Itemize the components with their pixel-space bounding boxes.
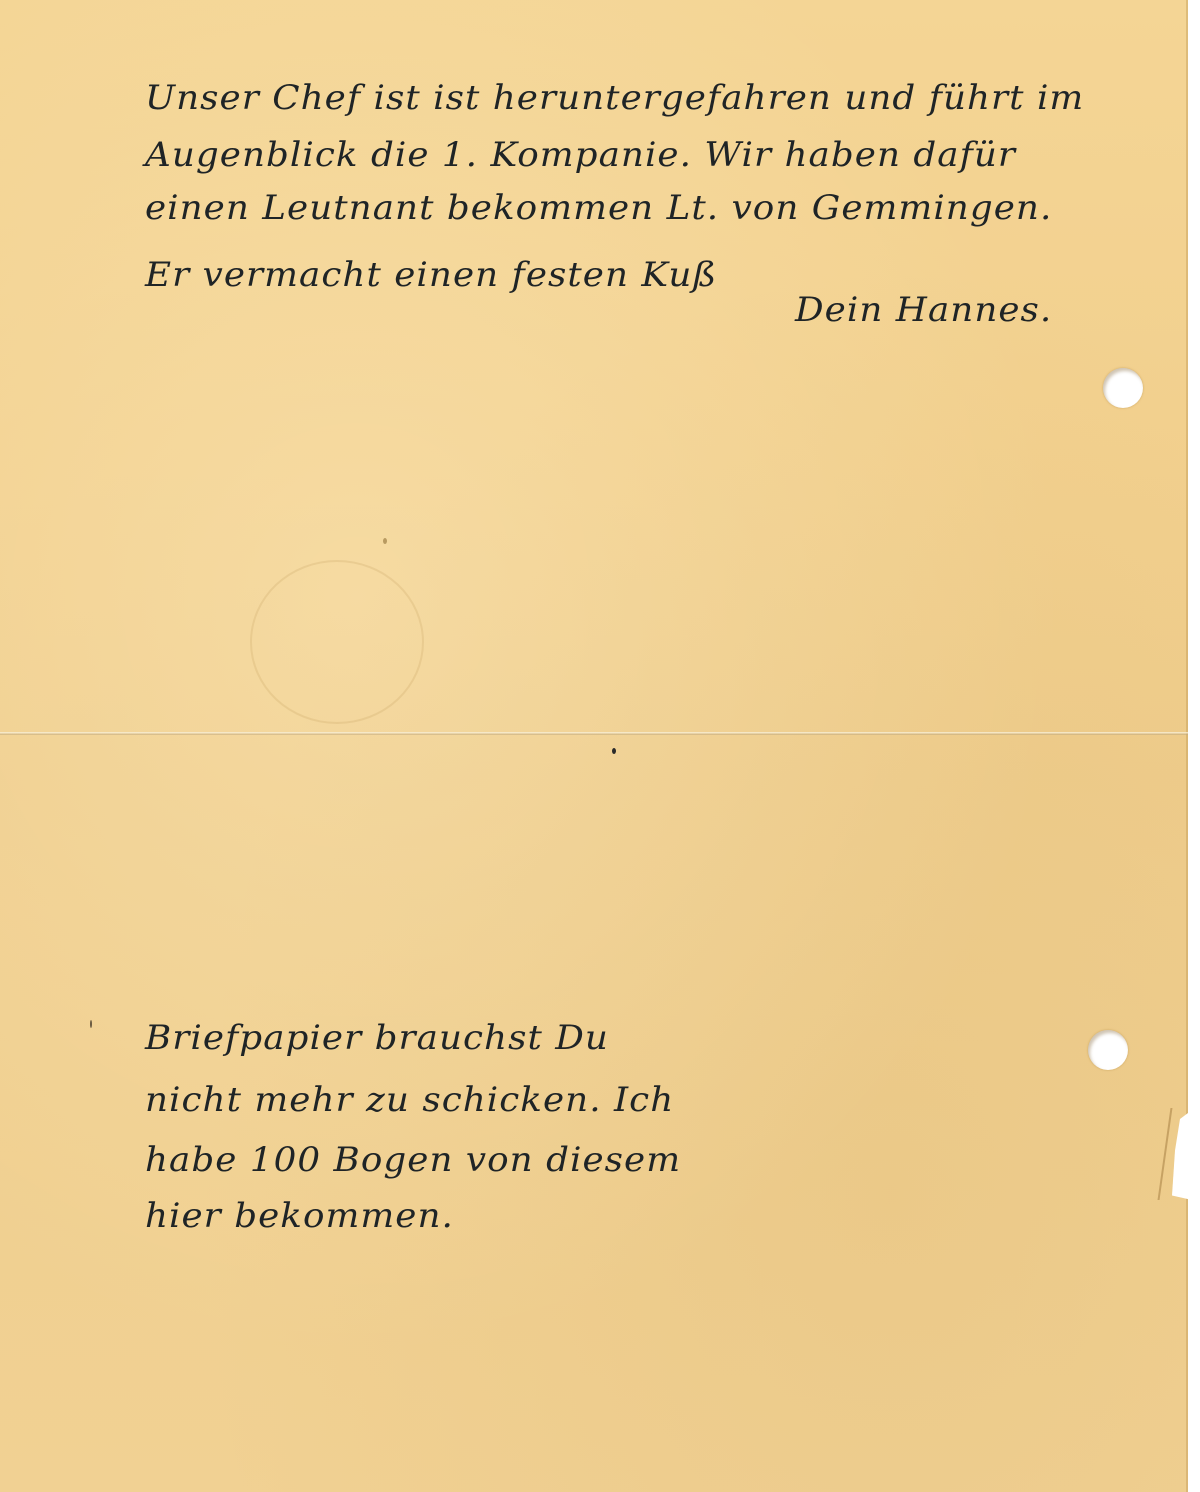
letter-line-4: Er vermacht einen festen Kuß <box>145 255 717 295</box>
fold-line <box>0 732 1188 735</box>
scan-background-edge <box>1188 0 1200 1492</box>
postscript-line-3: habe 100 Bogen von diesem <box>145 1140 681 1180</box>
letter-line-1: Unser Chef ist ist heruntergefahren und … <box>145 78 1084 118</box>
punch-hole-top <box>1103 368 1143 408</box>
letter-line-3: einen Leutnant bekommen Lt. von Gemminge… <box>145 188 1052 228</box>
postscript-line-2: nicht mehr zu schicken. Ich <box>145 1080 674 1120</box>
paper-speck <box>90 1020 92 1028</box>
punch-hole-bottom <box>1088 1030 1128 1070</box>
postscript-line-1: Briefpapier brauchst Du <box>145 1018 609 1058</box>
postscript-line-4: hier bekommen. <box>145 1196 454 1236</box>
ink-speck <box>612 748 616 754</box>
letter-line-2: Augenblick die 1. Kompanie. Wir haben da… <box>145 135 1016 175</box>
letter-page: Unser Chef ist ist heruntergefahren und … <box>0 0 1188 1492</box>
faint-stamp-impression <box>250 560 424 724</box>
paper-speck <box>383 538 387 544</box>
signature: Dein Hannes. <box>795 290 1052 330</box>
